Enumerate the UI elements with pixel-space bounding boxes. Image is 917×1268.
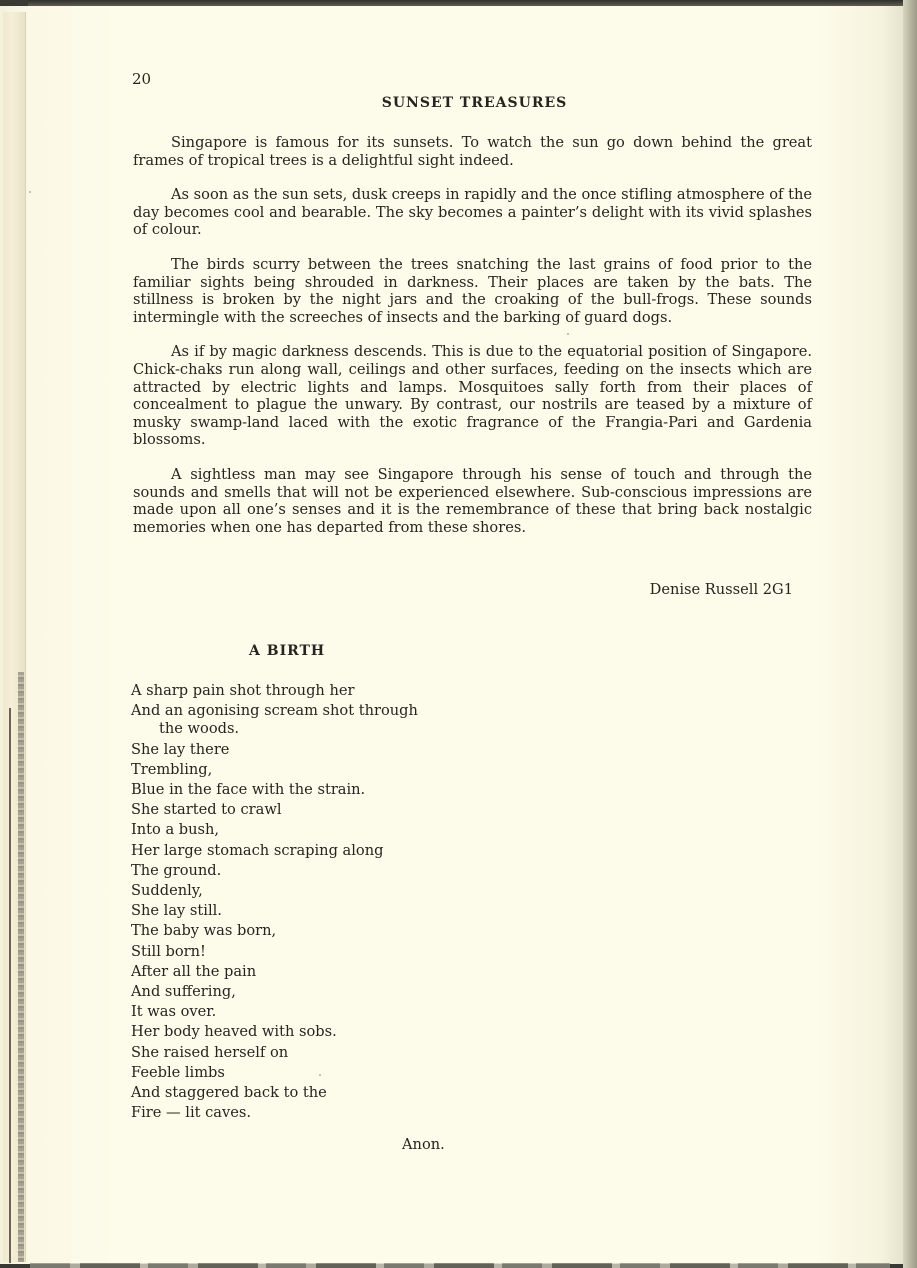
poem-line: And an agonising scream shot through <box>131 701 418 721</box>
essay-paragraph: As if by magic darkness descends. This i… <box>133 343 812 449</box>
paper-speck <box>567 333 569 335</box>
page-content: 20 SUNSET TREASURES Singapore is famous … <box>0 0 917 1268</box>
poem-line: Blue in the face with the strain. <box>131 780 418 800</box>
poem-line: Trembling, <box>131 760 418 780</box>
poem-title: A BIRTH <box>249 643 325 659</box>
essay-paragraph: Singapore is famous for its sunsets. To … <box>133 134 812 169</box>
poem-line: Feeble limbs <box>131 1063 418 1083</box>
poem-line: Her large stomach scraping along <box>131 841 418 861</box>
poem-line: After all the pain <box>131 962 418 982</box>
poem-line: The ground. <box>131 861 418 881</box>
poem-line: The baby was born, <box>131 921 418 941</box>
poem-line: And staggered back to the <box>131 1083 418 1103</box>
paper-speck <box>29 191 31 193</box>
poem-line: Her body heaved with sobs. <box>131 1022 418 1042</box>
poem-body: A sharp pain shot through her And an ago… <box>131 681 418 1123</box>
poem-line: She started to crawl <box>131 800 418 820</box>
essay-body: Singapore is famous for its sunsets. To … <box>133 134 812 553</box>
poem-line: Into a bush, <box>131 820 418 840</box>
poem-line: And suffering, <box>131 982 418 1002</box>
poem-line: Fire — lit caves. <box>131 1103 418 1123</box>
essay-paragraph: The birds scurry between the trees snatc… <box>133 256 812 326</box>
poem-line: She lay still. <box>131 901 418 921</box>
poem-line: She lay there <box>131 740 418 760</box>
page-number: 20 <box>132 70 151 88</box>
poem-line-continuation: the woods. <box>131 719 418 739</box>
poem-line: Suddenly, <box>131 881 418 901</box>
poem-line: A sharp pain shot through her <box>131 681 418 701</box>
essay-paragraph: As soon as the sun sets, dusk creeps in … <box>133 186 812 239</box>
essay-author: Denise Russell 2G1 <box>650 581 793 598</box>
essay-paragraph: A sightless man may see Singapore throug… <box>133 466 812 536</box>
poem-line: She raised herself on <box>131 1043 418 1063</box>
paper-speck <box>319 1074 321 1076</box>
poem-line: Still born! <box>131 942 418 962</box>
poem-author: Anon. <box>402 1136 445 1153</box>
essay-title: SUNSET TREASURES <box>0 95 917 111</box>
poem-line: It was over. <box>131 1002 418 1022</box>
